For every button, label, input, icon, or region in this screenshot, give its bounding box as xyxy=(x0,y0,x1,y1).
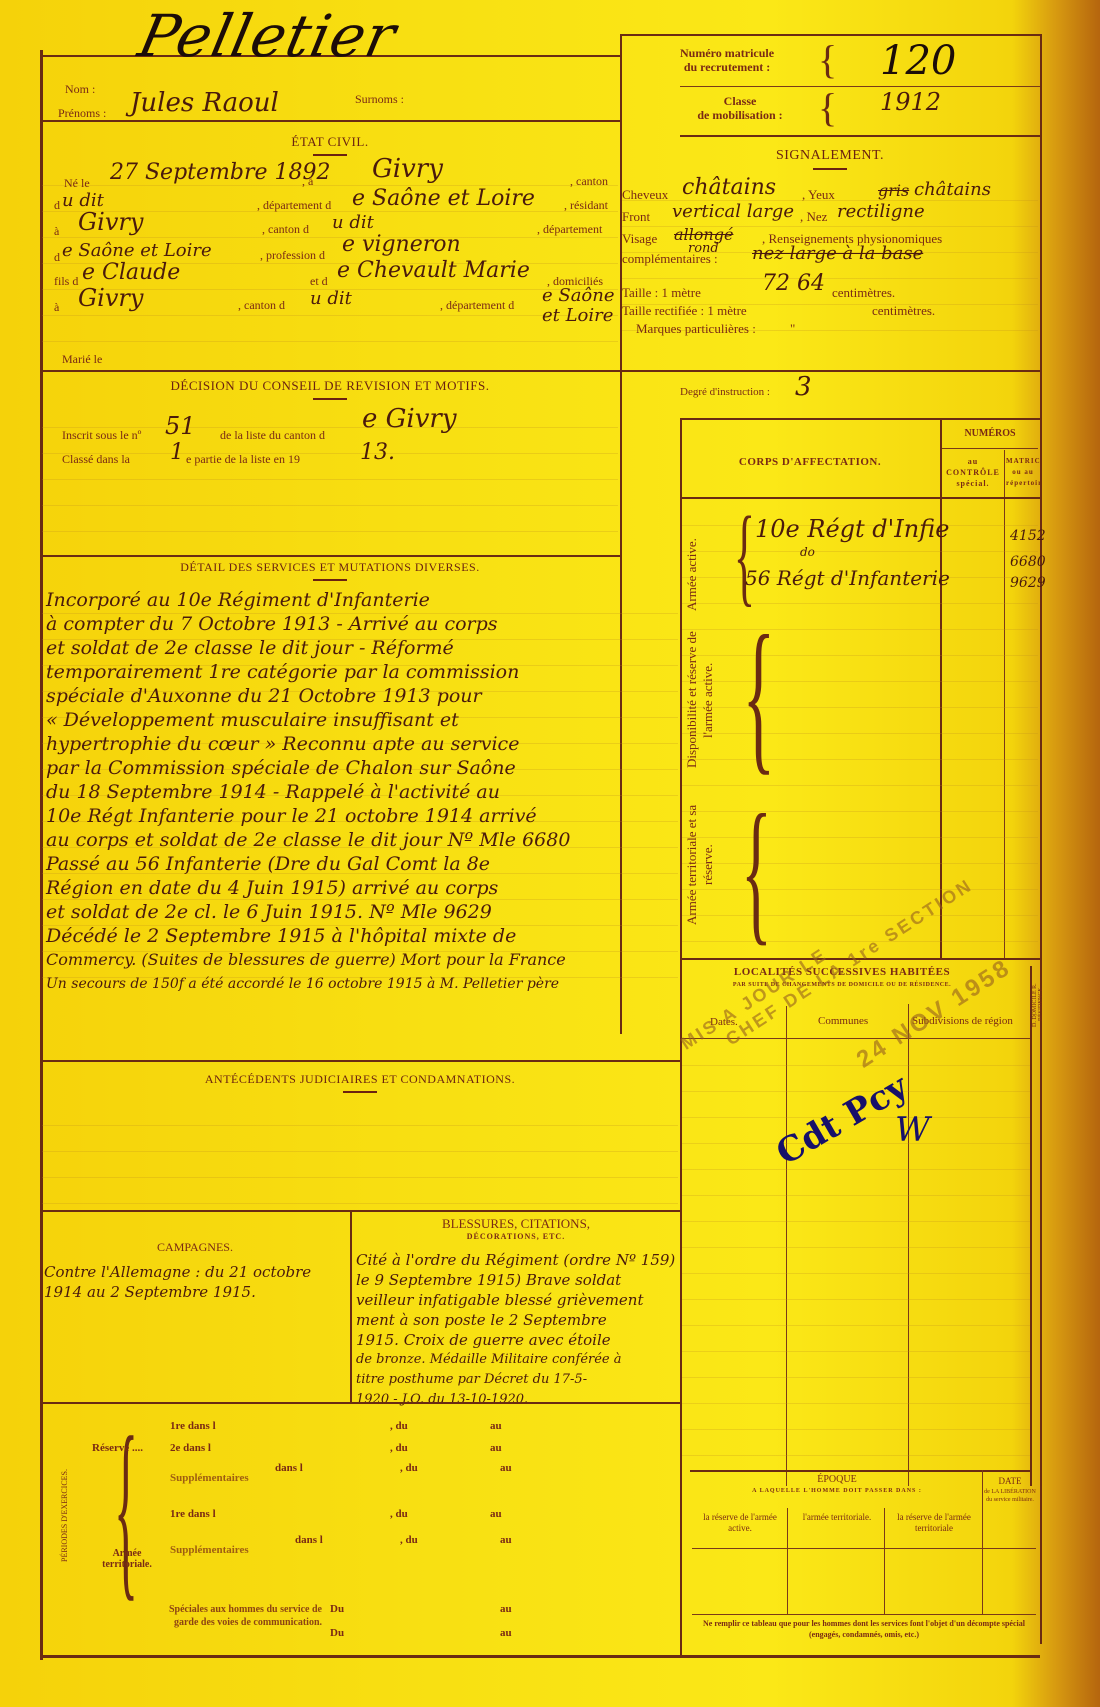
yeux-struck: gris xyxy=(878,181,909,200)
blessures-subtitle: DÉCORATIONS, ETC. xyxy=(352,1232,680,1241)
service-line: du 18 Septembre 1914 - Rappelé à l'activ… xyxy=(46,780,678,804)
epoque-date-divider xyxy=(982,1470,983,1614)
citation-line: titre posthume par Décret du 17-5- xyxy=(356,1370,675,1390)
residant-label: , résidant xyxy=(564,198,608,213)
periode-au: au xyxy=(500,1534,512,1546)
epoque-col-divider-1 xyxy=(787,1508,788,1614)
taille-rect-label: Taille rectifiée : 1 mètre xyxy=(622,303,747,319)
instruction-divider xyxy=(680,418,1040,420)
yeux-label: , Yeux xyxy=(802,187,835,203)
epoque-header-divider xyxy=(692,1548,1036,1549)
domicile-value: Givry xyxy=(78,284,143,312)
campagne-line: Contre l'Allemagne : du 21 octobre xyxy=(44,1262,311,1282)
canton3-value: u dit xyxy=(310,288,352,309)
cheveux-value: châtains xyxy=(682,175,776,200)
partie-label: e partie de la liste en 19 xyxy=(186,452,300,467)
matricule-value: 120 xyxy=(880,38,956,84)
periode-row: Supplémentaires xyxy=(170,1544,249,1556)
prenoms-value: Jules Raoul xyxy=(130,88,279,118)
reserve-label: Réserve .... xyxy=(92,1442,143,1454)
front-value: vertical large xyxy=(672,201,794,222)
blessures-title: BLESSURES, CITATIONS, xyxy=(352,1216,680,1232)
classe-label-line1: Classe xyxy=(680,94,800,108)
corps-entry-2: do xyxy=(800,545,815,559)
inscrit-label: Inscrit sous le nº xyxy=(62,428,141,443)
speciales-label-line1: Spéciales aux hommes du service de xyxy=(92,1603,322,1616)
service-line: au corps et soldat de 2e classe le dit j… xyxy=(46,828,678,852)
epoque-body-divider xyxy=(692,1614,1036,1615)
speciales-au-2: au xyxy=(500,1627,512,1639)
departement3-label: , département d xyxy=(440,298,514,313)
citation-line: le 9 Septembre 1915) Brave soldat xyxy=(356,1270,675,1290)
periode-du: , du xyxy=(400,1534,418,1546)
dep2-value: e Saône et Loire xyxy=(62,240,212,261)
matricule-divider xyxy=(680,86,1040,87)
prenoms-label: Prénoms : xyxy=(58,106,106,121)
epoque-date-sub: de LA LIBÉRATION du service militaire. xyxy=(984,1488,1036,1504)
periode-au: au xyxy=(490,1442,502,1454)
epoque-col-divider-2 xyxy=(884,1508,885,1614)
citation-line: de bronze. Médaille Militaire conférée à xyxy=(356,1350,675,1370)
canton-label: , canton xyxy=(570,174,608,189)
col-matricule: MATRICULE ou au répertoire. xyxy=(1006,456,1040,489)
epoque-col2: l'armée territoriale. xyxy=(792,1512,882,1523)
fils-label: fils d xyxy=(54,274,78,289)
departement-value: e Saône et Loire xyxy=(352,186,535,211)
yeux-value: châtains xyxy=(914,179,991,200)
brace-icon: { xyxy=(114,1408,138,1608)
service-line: et soldat de 2e classe le dit jour - Réf… xyxy=(46,636,678,660)
matricule-label: Numéro matricule du recrutement : xyxy=(680,46,774,74)
epoque-col1: la réserve de l'armée active. xyxy=(696,1512,784,1534)
periode-row: 2e dans l xyxy=(170,1442,211,1454)
front-label: Front xyxy=(622,209,650,225)
signalement-divider xyxy=(620,370,1040,372)
etat-civil-divider xyxy=(40,370,620,372)
et-de-label: et d xyxy=(310,274,328,289)
nom-label: Nom : xyxy=(65,82,95,97)
brace-icon: { xyxy=(742,610,775,780)
numeros-divider xyxy=(942,448,1038,449)
periodes-side-label: PÉRIODES D'EXERCICES. xyxy=(60,1440,88,1590)
periode-du: , du xyxy=(390,1442,408,1454)
service-line: 10e Régt Infanterie pour le 21 octobre 1… xyxy=(46,804,678,828)
nez-value: rectiligne xyxy=(837,201,925,222)
signalement-title: SIGNALEMENT. xyxy=(620,148,1040,170)
numeros-title: NUMÉROS xyxy=(942,428,1038,439)
campagne-line: 1914 au 2 Septembre 1915. xyxy=(44,1282,311,1302)
periode-au: au xyxy=(490,1420,502,1432)
canton2-value: u dit xyxy=(332,212,374,233)
corps-title: CORPS D'AFFECTATION. xyxy=(690,456,930,468)
brace-icon: { xyxy=(818,84,837,131)
services-text: Incorporé au 10e Régiment d'Infanterie à… xyxy=(42,588,678,996)
epoque-note: Ne remplir ce tableau que pour les homme… xyxy=(696,1618,1032,1640)
departement2-label: , département xyxy=(537,222,602,237)
liste-label: de la liste du canton d xyxy=(220,428,325,443)
service-line: à compter du 7 Octobre 1913 - Arrivé au … xyxy=(46,612,678,636)
birth-date: 27 Septembre 1892 xyxy=(110,160,330,185)
citation-line: ment à son poste le 2 Septembre xyxy=(356,1310,675,1330)
territoriale-label: Armée territoriale. xyxy=(92,1548,162,1570)
periode-du: , du xyxy=(390,1420,408,1432)
visage-label: Visage xyxy=(622,231,657,247)
col-communes: Communes xyxy=(818,1015,868,1027)
marie-label: Marié le xyxy=(62,352,102,367)
localites-side-divider xyxy=(1030,966,1032,1486)
complementaires-label: complémentaires : xyxy=(622,251,718,267)
citation-line: 1920 - J.O. du 13-10-1920. xyxy=(356,1390,675,1410)
blessures-text: Cité à l'ordre du Régiment (ordre Nº 159… xyxy=(356,1250,675,1410)
service-line: hypertrophie du cœur » Reconnu apte au s… xyxy=(46,732,678,756)
departement-label: , département d xyxy=(257,198,331,213)
ne-le-label: Né le xyxy=(64,176,90,190)
initials-mark: W xyxy=(895,1110,930,1150)
taille-label: Taille : 1 mètre xyxy=(622,285,701,301)
periode-row: 1re dans l xyxy=(170,1508,216,1520)
service-line: Région en date du 4 Juin 1915) arrivé au… xyxy=(46,876,678,900)
service-line: « Développement musculaire insuffisant e… xyxy=(46,708,678,732)
instruction-value: 3 xyxy=(795,372,812,402)
speciales-du-2: Du xyxy=(330,1627,344,1639)
epoque-subtitle: A LAQUELLE L'HOMME DOIT PASSER DANS : xyxy=(692,1488,982,1494)
matricule-entry-3: 9629 xyxy=(1010,575,1046,591)
col-side-domicile: D. DOMICILE R. RÉSIDENCE xyxy=(1032,970,1042,1040)
taille-unit: centimètres. xyxy=(832,285,895,301)
periode-du: , du xyxy=(400,1462,418,1474)
profession-value: e vigneron xyxy=(342,232,461,257)
classe-label: Classe de mobilisation : xyxy=(680,94,800,122)
inscrit-value: 51 xyxy=(165,412,196,440)
profession-label: , profession d xyxy=(260,248,325,263)
periode-label: 1re dans l xyxy=(170,1420,216,1432)
matricule-entry-1: 4152 xyxy=(1010,528,1046,544)
decision-divider xyxy=(40,555,620,557)
periode-row: 1re dans l xyxy=(170,1420,216,1432)
side-label-disponibilite: Disponibilité et réserve de l'armée acti… xyxy=(684,620,718,780)
matricule-label-line2: du recrutement : xyxy=(680,60,774,74)
periode-au: au xyxy=(500,1462,512,1474)
service-line: Incorporé au 10e Régiment d'Infanterie xyxy=(46,588,678,612)
periode-row: Supplémentaires xyxy=(170,1472,249,1484)
marques-label: Marques particulières : xyxy=(636,321,756,337)
surnoms-label: Surnoms : xyxy=(355,92,404,107)
canton-prefix: d xyxy=(54,198,60,213)
brace-icon: { xyxy=(734,500,755,610)
taille-rect-unit: centimètres. xyxy=(872,303,935,319)
antecedents-section xyxy=(42,1100,678,1210)
service-line: Commercy. (Suites de blessures de guerre… xyxy=(46,948,678,972)
departement3-value: e Saône et Loire xyxy=(542,286,622,326)
speciales-au-1: au xyxy=(500,1603,512,1615)
corps-entry-3: 56 Régt d'Infanterie xyxy=(745,566,950,590)
complementaires-value: nez large à la base xyxy=(752,243,923,264)
epoque-col3: la réserve de l'armée territoriale xyxy=(888,1512,980,1534)
service-line: spéciale d'Auxonne du 21 Octobre 1913 po… xyxy=(46,684,678,708)
classe-value: 1912 xyxy=(880,88,941,116)
citation-line: veilleur infatigable blessé grièvement xyxy=(356,1290,675,1310)
residence-value: Givry xyxy=(78,208,143,236)
matricule-entry-2: 6680 xyxy=(1010,554,1046,570)
periode-label: Supplémentaires xyxy=(170,1544,249,1556)
campagnes-text: Contre l'Allemagne : du 21 octobre 1914 … xyxy=(44,1262,311,1302)
service-line: Décédé le 2 Septembre 1915 à l'hôpital m… xyxy=(46,924,678,948)
brace-icon: { xyxy=(818,36,837,83)
birth-place: Givry xyxy=(372,154,443,184)
epoque-date-title: DATE xyxy=(984,1476,1036,1486)
epoque-title: ÉPOQUE xyxy=(692,1474,982,1485)
service-line: temporairement 1re catégorie par la comm… xyxy=(46,660,678,684)
epoque-top-divider xyxy=(690,1470,1030,1472)
header-right-divider xyxy=(680,135,1040,137)
page-bottom-border xyxy=(40,1655,1040,1658)
side-label-active: Armée active. xyxy=(684,535,718,615)
etat-civil-section: Né le 27 Septembre 1892 , à Givry , cant… xyxy=(42,160,618,365)
speciales-du-1: Du xyxy=(330,1603,344,1615)
col-controle: au CONTRÔLE spécial. xyxy=(944,456,1002,489)
side-label-territoriale: Armée territoriale et sa réserve. xyxy=(684,790,718,940)
canton3-label: , canton d xyxy=(238,298,285,313)
periode-au: au xyxy=(490,1508,502,1520)
a-label: , à xyxy=(302,174,313,189)
periode-du: , du xyxy=(390,1508,408,1520)
classe-dans-label: Classé dans la xyxy=(62,452,130,467)
partie-value: 1 xyxy=(170,440,184,465)
header-divider xyxy=(40,120,620,122)
decision-title: DÉCISION DU CONSEIL DE REVISION ET MOTIF… xyxy=(40,378,620,400)
signalement-section: Cheveux châtains , Yeux gris châtains Fr… xyxy=(622,175,1038,350)
dep2-prefix: d xyxy=(54,250,60,265)
surname-value: Pelletier xyxy=(133,2,403,70)
citation-line: Cité à l'ordre du Régiment (ordre Nº 159… xyxy=(356,1250,675,1270)
annee-value: 13. xyxy=(360,440,395,465)
marques-value: " xyxy=(790,321,795,337)
antecedents-divider xyxy=(40,1210,680,1212)
antecedents-title: ANTÉCÉDENTS JUDICIAIRES ET CONDAMNATIONS… xyxy=(40,1072,680,1093)
mother-name: e Chevault Marie xyxy=(337,258,530,283)
instruction-label: Degré d'instruction : xyxy=(680,386,770,398)
classe-label-line2: de mobilisation : xyxy=(680,108,800,122)
taille-value: 72 64 xyxy=(762,271,825,296)
periode-dans: dans l xyxy=(275,1462,303,1474)
services-divider xyxy=(40,1060,680,1062)
service-line: Un secours de 150f a été accordé le 16 o… xyxy=(46,972,678,996)
periode-label: 1re dans l xyxy=(170,1508,216,1520)
blessures-header: BLESSURES, CITATIONS, DÉCORATIONS, ETC. xyxy=(352,1216,680,1241)
service-line: et soldat de 2e cl. le 6 Juin 1915. Nº M… xyxy=(46,900,678,924)
campagnes-title: CAMPAGNES. xyxy=(40,1240,350,1255)
corps-entry-1: 10e Régt d'Infie xyxy=(755,515,949,543)
etat-civil-title: ÉTAT CIVIL. xyxy=(40,134,620,156)
residence-a-label: à xyxy=(54,224,59,239)
services-section: Incorporé au 10e Régiment d'Infanterie à… xyxy=(42,588,678,998)
periode-label: 2e dans l xyxy=(170,1442,211,1454)
speciales-label: Spéciales aux hommes du service de garde… xyxy=(92,1603,322,1629)
services-title: DÉTAIL DES SERVICES ET MUTATIONS DIVERSE… xyxy=(40,560,620,581)
canton2-label: , canton d xyxy=(262,222,309,237)
nez-label: , Nez xyxy=(800,209,827,225)
periode-label: Supplémentaires xyxy=(170,1472,249,1484)
service-line: par la Commission spéciale de Chalon sur… xyxy=(46,756,678,780)
father-name: e Claude xyxy=(82,260,180,285)
right-page-border xyxy=(1040,34,1042,1644)
speciales-label-line2: garde des voies de communication. xyxy=(92,1616,322,1629)
periode-dans: dans l xyxy=(295,1534,323,1546)
citation-line: 1915. Croix de guerre avec étoile xyxy=(356,1330,675,1350)
matricule-label-line1: Numéro matricule xyxy=(680,46,774,60)
brace-icon: { xyxy=(741,790,772,950)
cheveux-label: Cheveux xyxy=(622,187,668,203)
service-line: Passé au 56 Infanterie (Dre du Gal Comt … xyxy=(46,852,678,876)
decision-section: Inscrit sous le nº 51 de la liste du can… xyxy=(42,402,618,552)
decision-canton-value: e Givry xyxy=(362,404,457,434)
domicile-a-label: à xyxy=(54,300,59,315)
